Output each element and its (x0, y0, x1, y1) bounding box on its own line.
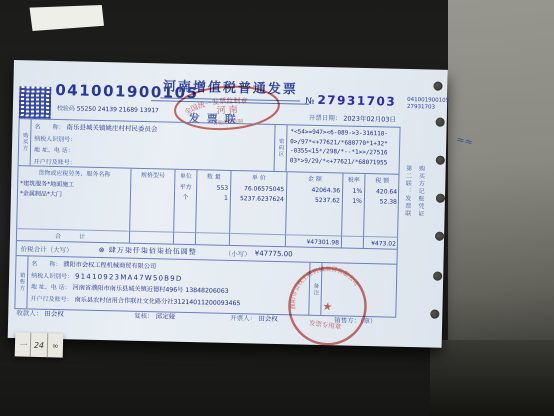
seal-star-icon: ★ (322, 300, 334, 314)
paper-scrap (28, 5, 104, 31)
invoice-number-line: № 27931703 (305, 93, 396, 109)
punch-hole (436, 156, 445, 165)
corner-codes: 041001900105 27931703 (407, 97, 449, 112)
col-header-spec: 规格型号 (130, 169, 174, 182)
seller-taxid-value: 91410923MA47W50B9D (75, 272, 183, 282)
qr-code-icon (19, 86, 52, 119)
seller-taxid-label: 纳税人识别号： (31, 272, 73, 280)
issue-date-line: 开票日期： 2023年02月03日 (309, 113, 396, 124)
password-area: *<54>=947><6-089->3-316110- 0>/97*<+7762… (287, 125, 400, 174)
seller-name-value: 濮阳市会权工程机械商贸有限公司 (63, 261, 156, 270)
reviewer-field: 复核： 邱定娅 (134, 311, 230, 322)
col-header-taxrate: 税率 (342, 173, 364, 185)
invoice-number: 27931703 (317, 93, 396, 109)
invoice-paper: 041001900105 校验码 55250 24139 21689 13917… (8, 60, 448, 348)
payee-field: 收款人： 田会权 (16, 308, 134, 320)
items-grid: 货物或应税劳务、服务名称 规格型号 单位 数 量 单 价 金 额 税率 税 额 … (17, 166, 399, 250)
empty-cell (285, 204, 342, 235)
buyer-taxid-label: 纳税人识别号： (34, 135, 76, 143)
empty-cell (173, 232, 195, 244)
desk-shadow (430, 340, 554, 416)
seller-address-value: 河南省濮阳市南乐县城关镇近德村496号 13848206063 (73, 284, 229, 295)
punch-hole (436, 194, 445, 203)
amount-words-text: 肆万柒仟柒佰柒拾伍圆整 (109, 246, 197, 256)
anti-fraud-symbol: ⊗ (99, 246, 106, 254)
empty-cell (229, 233, 285, 246)
col-header-tax: 税 额 (364, 174, 399, 187)
grand-total-label: 价税合计（大写） (21, 244, 73, 254)
empty-cell (129, 201, 174, 232)
payee-value: 田会权 (44, 310, 64, 318)
drawer-label: 开票人： (230, 314, 256, 323)
amount-in-words: ⊗ 肆万柒仟柒佰柒拾伍圆整 (99, 245, 197, 257)
item-taxrate: 1% (342, 185, 364, 195)
buyer-section: 购买方 名 称： 南乐县城关镇姚庄村村民委员会 纳税人识别号： 地 址、电 话： (19, 119, 400, 175)
buyer-name-value: 南乐县城关镇姚庄村村民委员会 (66, 123, 157, 133)
punch-hole (435, 232, 444, 241)
punch-hole (436, 118, 445, 127)
buyer-fields: 名 称： 南乐县城关镇姚庄村村民委员会 纳税人识别号： 地 址、电 话： 开户行… (31, 119, 275, 171)
empty-cell (363, 206, 399, 237)
number-symbol: № (305, 97, 315, 107)
check-code-value: 55250 24139 21689 13917 (77, 105, 159, 114)
tab-mark: 一 (15, 332, 32, 356)
check-code-label: 校验码 (57, 105, 75, 112)
buyer-section-label: 购买方 (19, 119, 32, 165)
empty-cell (341, 205, 364, 235)
empty-cell (195, 202, 230, 233)
amount-in-figures: ¥47775.00 (255, 250, 293, 259)
punch-hole (430, 310, 439, 319)
tab-mark: ∞ (47, 333, 63, 357)
col-header-unit: 单位 (174, 170, 196, 182)
total-amount: ¥47301.98 (285, 234, 341, 247)
buyer-address-label: 地 址、电 话： (34, 146, 74, 154)
buyer-bank-label: 开户行及账号： (34, 158, 76, 166)
copy-number-text: 第二联：发票联 (400, 165, 412, 315)
col-header-qty: 数 量 (196, 170, 230, 183)
empty-cell (17, 198, 130, 231)
issue-date-value: 2023年02月03日 (343, 114, 396, 123)
empty-cell (173, 202, 196, 232)
empty-cell (129, 231, 173, 244)
password-area-label: 密码区 (274, 125, 288, 171)
corner-code-2: 27931703 (407, 104, 449, 112)
payee-label: 收款人： (16, 309, 42, 318)
seller-fields: 名 称： 濮阳市会权工程机械商贸有限公司 纳税人识别号： 91410923MA4… (27, 256, 309, 314)
tab-mark: 24 (31, 333, 48, 357)
copy-purpose-text: 购买方记账凭证 (413, 165, 425, 315)
check-code-line: 校验码 55250 24139 21689 13917 (57, 103, 159, 114)
desk-surface (448, 0, 554, 360)
reviewer-label: 复核： (134, 312, 154, 320)
empty-cell (341, 235, 363, 247)
punch-hole (433, 272, 442, 281)
handwritten-tab: 一 24 ∞ (15, 332, 64, 357)
buyer-name-label: 名 称： (34, 123, 64, 131)
seal-type-text: 发票专用章 (308, 318, 342, 331)
seller-bank-label: 开户行及账号： (31, 295, 73, 303)
photo-of-invoice: 041001900105 校验码 55250 24139 21689 13917… (0, 0, 554, 416)
punch-hole (433, 82, 442, 91)
empty-cell (195, 232, 229, 245)
issue-date-label: 开票日期： (309, 114, 342, 123)
seller-bank-value: 南乐县农村信用合作联社文化路分社31214011200093465 (74, 296, 240, 307)
copy-side-text: 第二联：发票联 购买方记账凭证 (400, 165, 425, 315)
drawer-value: 田会权 (258, 315, 278, 323)
seller-name-label: 名 称： (31, 260, 61, 268)
small-figures-label: （小写） (225, 248, 251, 258)
total-row-label: 合 计 (17, 228, 129, 243)
seller-address-label: 地 址、电 话： (31, 283, 71, 291)
reviewer-value: 邱定娅 (156, 312, 176, 320)
empty-cell (229, 203, 286, 234)
item-unit: 个 (174, 192, 196, 202)
cipher-line: 03*>9/29/*<+77621/*68071955 (290, 156, 397, 168)
seller-company-seal: 濮阳市会权工程机械商贸有限公司 ★ 发票专用章 (279, 258, 375, 354)
item-taxrate: 1% (342, 195, 364, 205)
item-unit: 平方 (174, 182, 196, 192)
total-tax: ¥473.02 (363, 236, 398, 249)
